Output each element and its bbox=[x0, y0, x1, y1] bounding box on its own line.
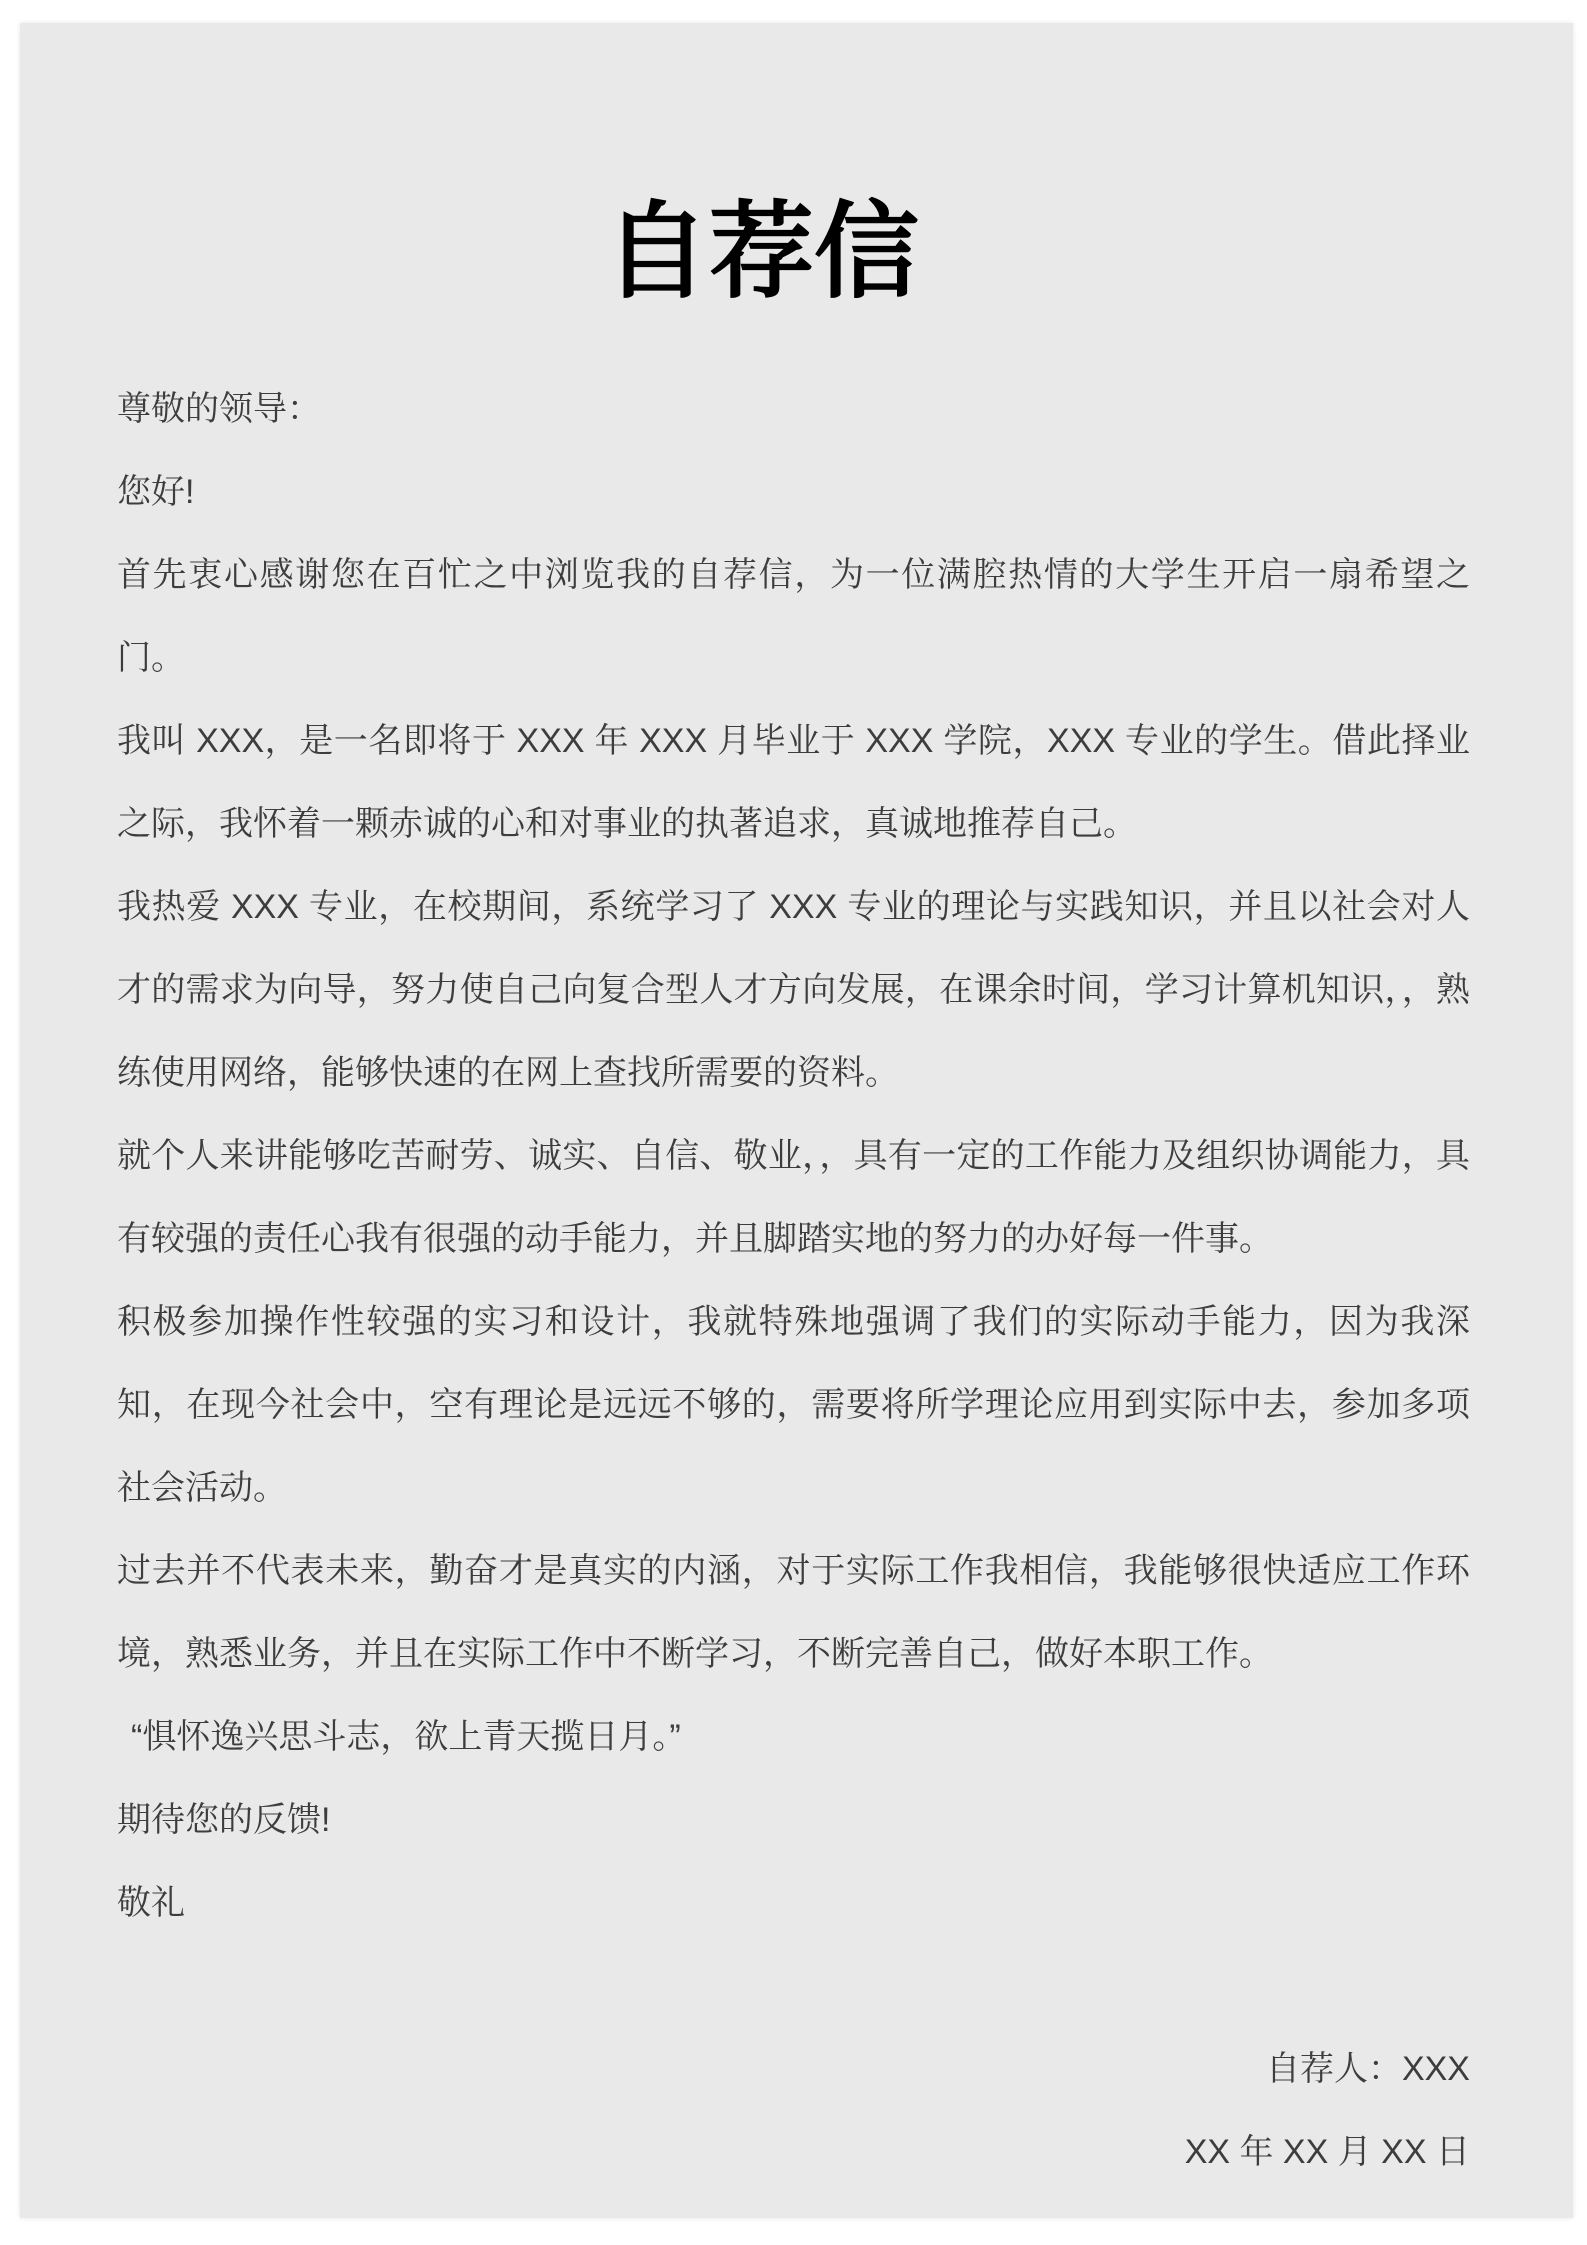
quote-line: “惧怀逸兴思斗志，欲上青天揽日月。” bbox=[117, 1696, 1470, 1779]
salute-line: 敬礼 bbox=[117, 1862, 1470, 1945]
paragraph-4-segment-pre: 就个人来讲能够吃苦耐劳、诚实、自信、敬业，，具有一定的工作能力及 bbox=[117, 1137, 1196, 1175]
signer-line: 自荐人：XXX bbox=[117, 2028, 1470, 2111]
letter-paragraph-2: 我叫 XXX，是一名即将于 XXX 年 XXX 月毕业于 XXX 学院，XXX … bbox=[117, 700, 1470, 866]
date-line: XX 年 XX 月 XX 日 bbox=[117, 2111, 1470, 2194]
hello-line: 您好! bbox=[117, 451, 1470, 534]
letter-paragraph-5: 积极参加操作性较强的实习和设计，我就特殊地强调了我们的实际动手能力，因为我深知，… bbox=[117, 1281, 1470, 1530]
document-canvas: 自荐信 尊敬的领导： 您好! 首先衷心感谢您在百忙之中浏览我的自荐信，为一位满腔… bbox=[0, 0, 1587, 2245]
greeting-line: 尊敬的领导： bbox=[117, 368, 1470, 451]
letter-paragraph-3: 我热爱 XXX 专业，在校期间，系统学习了 XXX 专业的理论与实践知识，并且以… bbox=[117, 866, 1470, 1115]
feedback-line: 期待您的反馈! bbox=[117, 1779, 1470, 1862]
page-title: 自荐信 bbox=[85, 178, 1438, 328]
paragraph-4-alt-font-run: 组织协调能力 bbox=[1196, 1138, 1402, 1175]
letter-paragraph-4: 就个人来讲能够吃苦耐劳、诚实、自信、敬业，，具有一定的工作能力及组织协调能力，具… bbox=[117, 1115, 1470, 1281]
letter-content: 自荐信 尊敬的领导： 您好! 首先衷心感谢您在百忙之中浏览我的自荐信，为一位满腔… bbox=[20, 23, 1573, 2194]
letter-paragraph-6: 过去并不代表未来，勤奋才是真实的内涵，对于实际工作我相信，我能够很快适应工作环境… bbox=[117, 1530, 1470, 1696]
letter-paragraph-1: 首先衷心感谢您在百忙之中浏览我的自荐信，为一位满腔热情的大学生开启一扇希望之门。 bbox=[117, 534, 1470, 700]
document-page: 自荐信 尊敬的领导： 您好! 首先衷心感谢您在百忙之中浏览我的自荐信，为一位满腔… bbox=[20, 23, 1573, 2218]
signature-block: 自荐人：XXX XX 年 XX 月 XX 日 bbox=[117, 2028, 1470, 2194]
